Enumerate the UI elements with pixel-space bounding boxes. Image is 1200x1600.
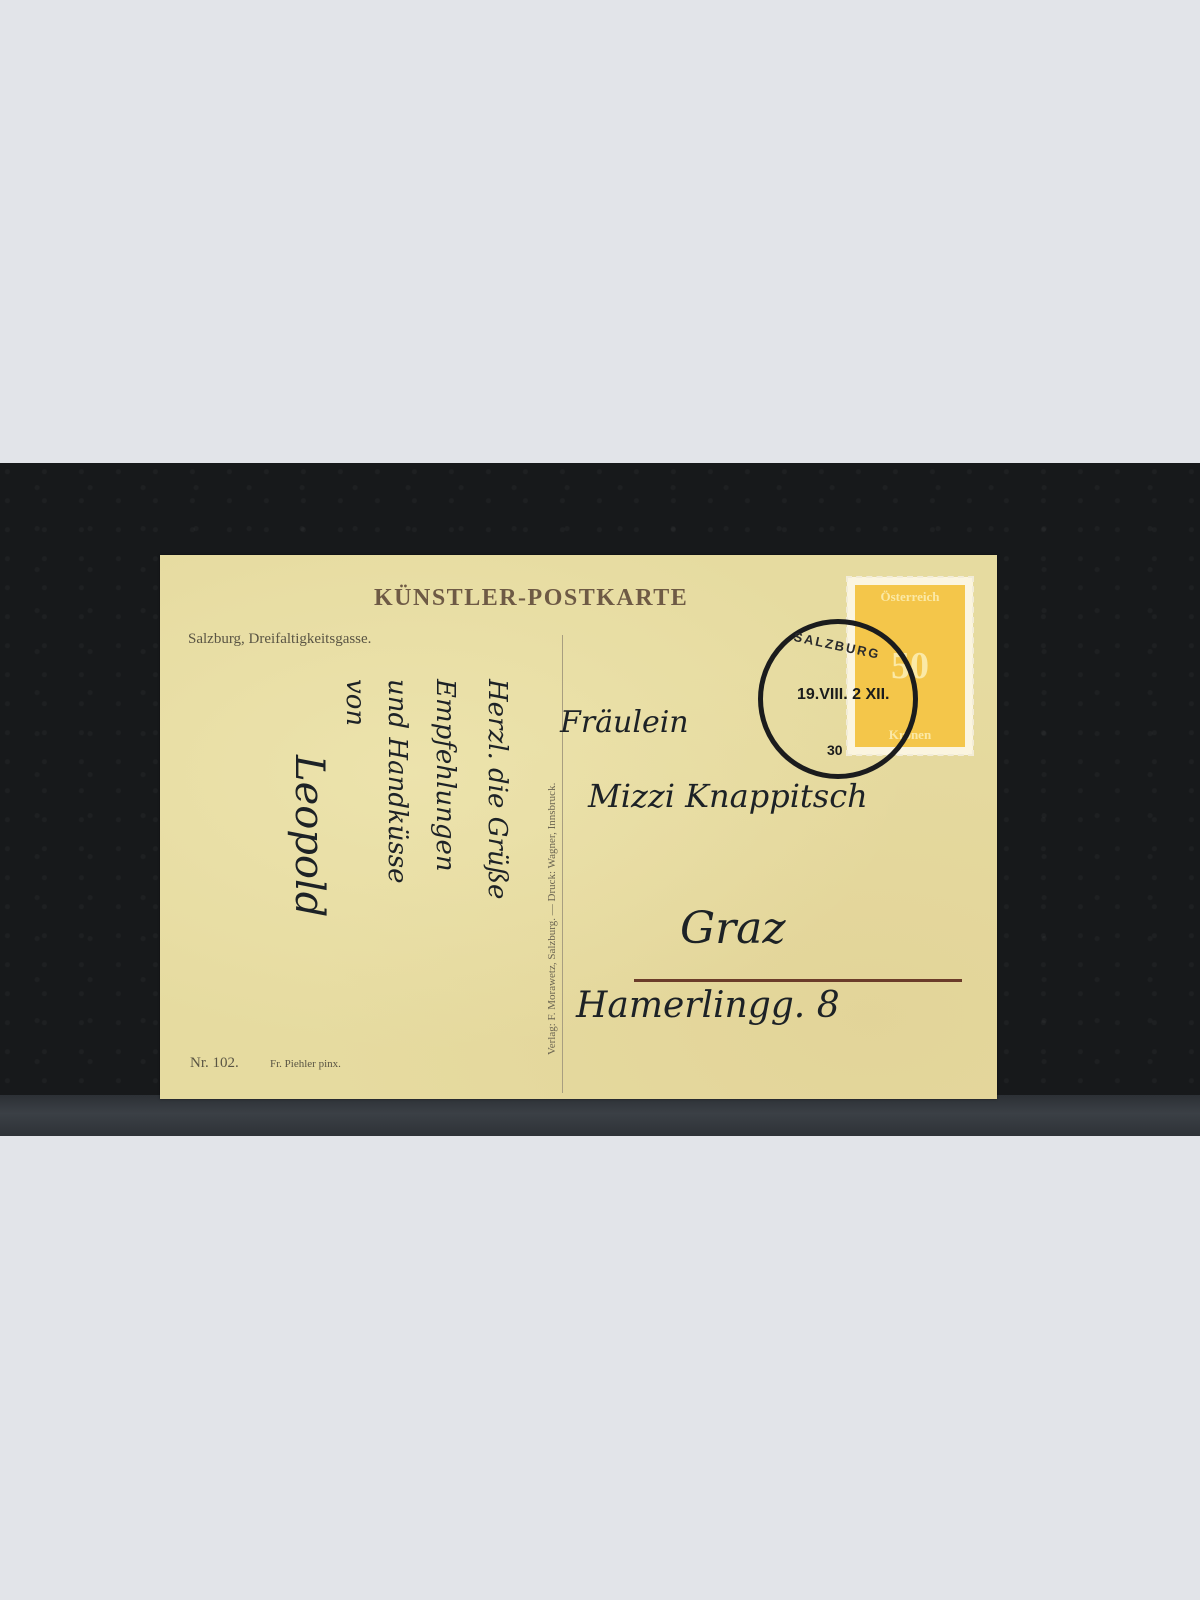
postcard-header: KÜNSTLER-POSTKARTE <box>374 585 688 612</box>
postmark-town: SALZBURG <box>792 629 881 662</box>
divider-line <box>562 635 563 1093</box>
message-line-1: Herzl. die Grüße <box>482 679 512 899</box>
postcard-caption: Salzburg, Dreifaltigkeitsgasse. <box>188 631 371 648</box>
shelf-ledge <box>0 1095 1200 1136</box>
postcard: KÜNSTLER-POSTKARTE Salzburg, Dreifaltigk… <box>160 555 997 1099</box>
message-line-4: von <box>340 679 370 726</box>
address-city: Graz <box>680 903 786 954</box>
photo-background: KÜNSTLER-POSTKARTE Salzburg, Dreifaltigk… <box>0 463 1200 1136</box>
postmark-date: 19.VIII. 2 XII. <box>797 686 890 704</box>
postmark-number: 30 <box>827 742 843 758</box>
address-street: Hamerlingg. 8 <box>576 985 840 1026</box>
message-line-3: und Handküsse <box>382 679 412 884</box>
city-underline <box>634 979 962 982</box>
postmark-circle: SALZBURG 19.VIII. 2 XII. 30 <box>758 619 918 779</box>
stamp-country: Österreich <box>881 589 940 605</box>
message-line-2: Empfehlungen <box>430 679 460 872</box>
signature: Leopold <box>286 755 332 917</box>
publisher-credit: Verlag: F. Morawetz, Salzburg. — Druck: … <box>546 783 558 1055</box>
address-salutation: Fräulein <box>560 705 689 740</box>
postcard-number: Nr. 102. <box>190 1055 239 1072</box>
address-name: Mizzi Knappitsch <box>588 777 868 815</box>
artist-credit: Fr. Piehler pinx. <box>270 1058 341 1070</box>
